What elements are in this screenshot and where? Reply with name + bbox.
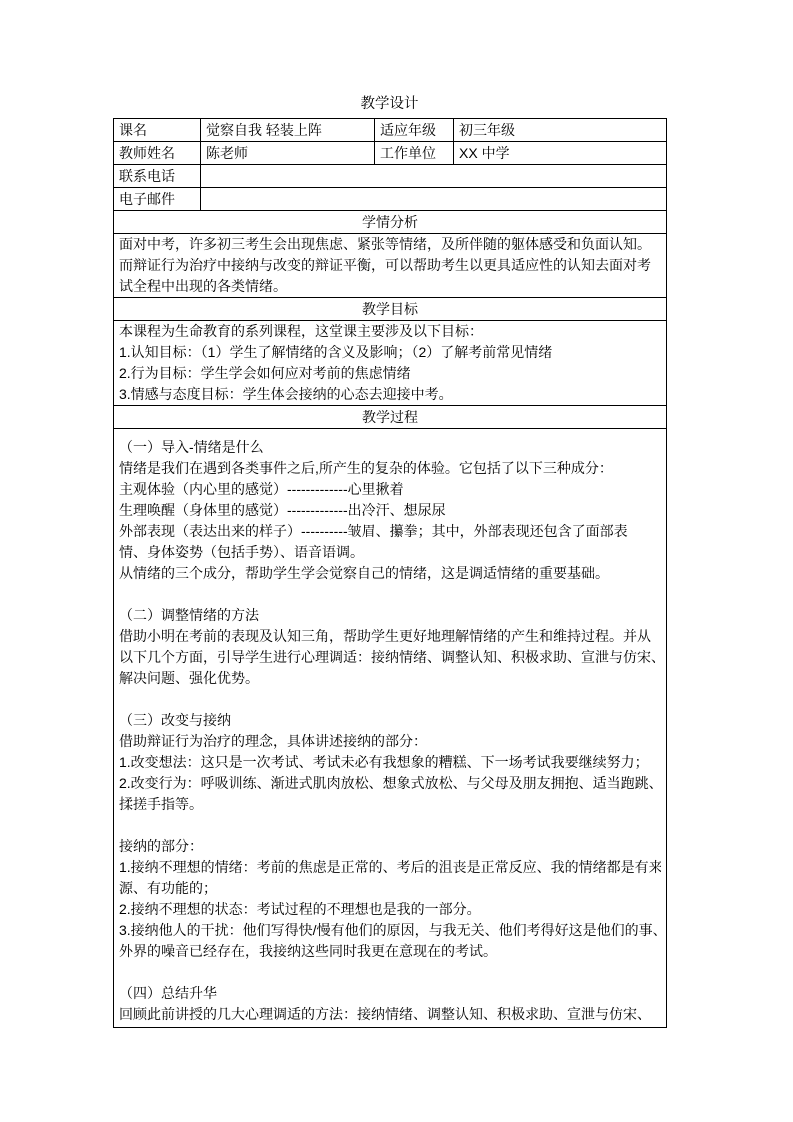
text-line: 主观体验（内心里的感觉）-------------心里揪着 <box>119 479 661 500</box>
text-line: 而辩证行为治疗中接纳与改变的辩证平衡，可以帮助考生以更具适应性的认知去面对考 <box>119 255 661 276</box>
text-line: 源、有功能的； <box>119 878 661 899</box>
info-label-teacher: 教师姓名 <box>114 142 201 165</box>
text-line: 3.情感与态度目标：学生体会接纳的心态去迎接中考。 <box>119 384 661 405</box>
table-row-course: 课名 觉察自我 轻装上阵 适应年级 初三年级 <box>114 119 667 142</box>
info-label-workunit: 工作单位 <box>375 142 454 165</box>
section-header-process: 教学过程 <box>114 406 667 429</box>
table-row-process-header: 教学过程 <box>114 406 667 429</box>
text-line: 面对中考，许多初三考生会出现焦虑、紧张等情绪，及所伴随的躯体感受和负面认知。 <box>119 234 661 255</box>
text-line: （三）改变与接纳 <box>119 710 661 731</box>
text-line: 借助辩证行为治疗的理念，具体讲述接纳的部分： <box>119 731 661 752</box>
info-value-teacher: 陈老师 <box>201 142 375 165</box>
text-line: 借助小明在考前的表现及认知三角，帮助学生更好地理解情绪的产生和维持过程。并从 <box>119 626 661 647</box>
table-row-goals-content: 本课程为生命教育的系列课程，这堂课主要涉及以下目标：1.认知目标：（1）学生了解… <box>114 321 667 406</box>
section-header-goals: 教学目标 <box>114 298 667 321</box>
section-header-analysis: 学情分析 <box>114 211 667 234</box>
table-row-goals-header: 教学目标 <box>114 298 667 321</box>
text-line: （二）调整情绪的方法 <box>119 605 661 626</box>
table-row-process-content: （一）导入-情绪是什么情绪是我们在遇到各类事件之后,所产生的复杂的体验。它包括了… <box>114 429 667 1028</box>
text-line: 2.改变行为：呼吸训练、渐进式肌肉放松、想象式放松、与父母及朋友拥抱、适当跑跳、 <box>119 773 661 794</box>
info-label-phone: 联系电话 <box>114 165 201 188</box>
text-line: 2.行为目标：学生学会如何应对考前的焦虑情绪 <box>119 363 661 384</box>
text-line: 试全程中出现的各类情绪。 <box>119 276 661 297</box>
text-line: 1.接纳不理想的情绪：考前的焦虑是正常的、考后的沮丧是正常反应、我的情绪都是有来 <box>119 857 661 878</box>
text-line: 揉搓手指等。 <box>119 794 661 815</box>
section-content-goals: 本课程为生命教育的系列课程，这堂课主要涉及以下目标：1.认知目标：（1）学生了解… <box>114 321 667 406</box>
info-value-grade: 初三年级 <box>454 119 667 142</box>
text-line: 外界的噪音已经存在，我接纳这些同时我更在意现在的考试。 <box>119 941 661 962</box>
text-line <box>119 815 661 836</box>
info-value-course: 觉察自我 轻装上阵 <box>201 119 375 142</box>
info-value-workunit: XX 中学 <box>454 142 667 165</box>
text-line: 外部表现（表达出来的样子）----------皱眉、攥拳；其中，外部表现还包含了… <box>119 521 661 542</box>
info-value-email <box>201 188 667 211</box>
text-line: （一）导入-情绪是什么 <box>119 437 661 458</box>
info-label-email: 电子邮件 <box>114 188 201 211</box>
table-row-phone: 联系电话 <box>114 165 667 188</box>
text-line: 情绪是我们在遇到各类事件之后,所产生的复杂的体验。它包括了以下三种成分： <box>119 458 661 479</box>
info-label-grade: 适应年级 <box>375 119 454 142</box>
text-line: 1.改变想法：这只是一次考试、考试未必有我想象的糟糕、下一场考试我要继续努力； <box>119 752 661 773</box>
table-row-analysis-header: 学情分析 <box>114 211 667 234</box>
document-title: 教学设计 <box>113 0 666 113</box>
section-content-process: （一）导入-情绪是什么情绪是我们在遇到各类事件之后,所产生的复杂的体验。它包括了… <box>114 429 667 1028</box>
info-label-course: 课名 <box>114 119 201 142</box>
text-line: 解决问题、强化优势。 <box>119 668 661 689</box>
text-line: 3.接纳他人的干扰：他们写得快/慢有他们的原因，与我无关、他们考得好这是他们的事… <box>119 920 661 941</box>
text-line: （四）总结升华 <box>119 983 661 1004</box>
table-row-analysis-content: 面对中考，许多初三考生会出现焦虑、紧张等情绪，及所伴随的躯体感受和负面认知。而辩… <box>114 234 667 298</box>
text-line: 2.接纳不理想的状态：考试过程的不理想也是我的一部分。 <box>119 899 661 920</box>
text-line: 生理唤醒（身体里的感觉）-------------出冷汗、想尿尿 <box>119 500 661 521</box>
text-line: 以下几个方面，引导学生进行心理调适：接纳情绪、调整认知、积极求助、宣泄与仿宋、 <box>119 647 661 668</box>
text-line <box>119 689 661 710</box>
table-row-teacher: 教师姓名 陈老师 工作单位 XX 中学 <box>114 142 667 165</box>
text-line <box>119 962 661 983</box>
text-line: 从情绪的三个成分，帮助学生学会觉察自己的情绪，这是调适情绪的重要基础。 <box>119 563 661 584</box>
text-line <box>119 584 661 605</box>
section-content-analysis: 面对中考，许多初三考生会出现焦虑、紧张等情绪，及所伴随的躯体感受和负面认知。而辩… <box>114 234 667 298</box>
text-line: 1.认知目标：（1）学生了解情绪的含义及影响；（2）了解考前常见情绪 <box>119 342 661 363</box>
lesson-plan-table: 课名 觉察自我 轻装上阵 适应年级 初三年级 教师姓名 陈老师 工作单位 XX … <box>113 118 667 1028</box>
info-value-phone <box>201 165 667 188</box>
document-page: 教学设计 课名 觉察自我 轻装上阵 适应年级 初三年级 教师姓名 陈老师 工作单… <box>0 0 793 1122</box>
table-row-email: 电子邮件 <box>114 188 667 211</box>
text-line: 接纳的部分： <box>119 836 661 857</box>
text-line: 情、身体姿势（包括手势）、语音语调。 <box>119 542 661 563</box>
text-line: 本课程为生命教育的系列课程，这堂课主要涉及以下目标： <box>119 321 661 342</box>
text-line: 回顾此前讲授的几大心理调适的方法：接纳情绪、调整认知、积极求助、宣泄与仿宋、 <box>119 1004 661 1025</box>
